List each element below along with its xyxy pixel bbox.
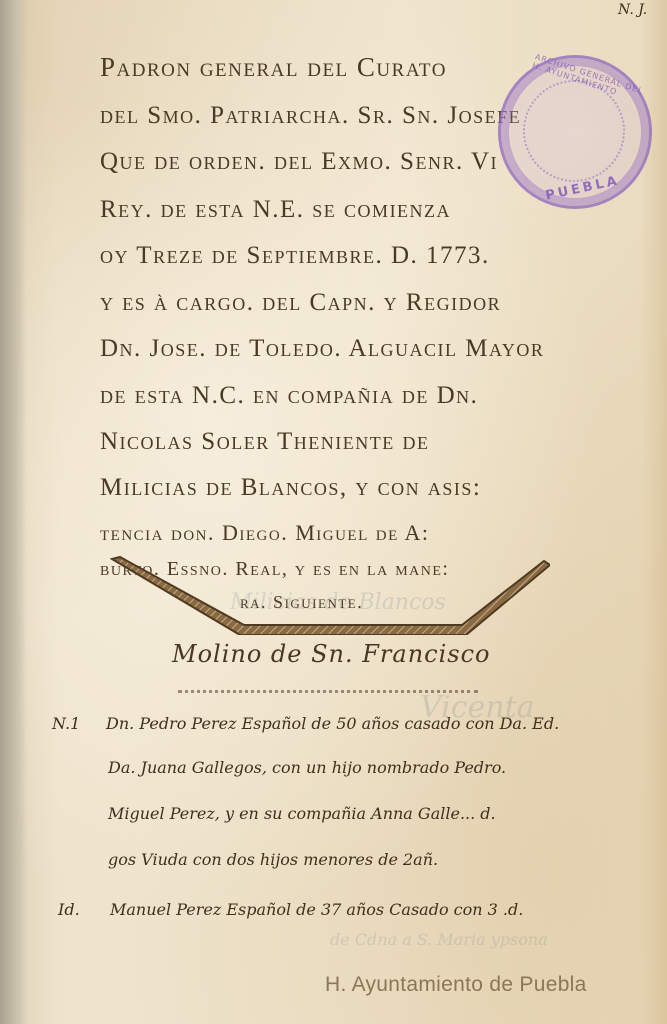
entry-line: Manuel Perez Español de 37 años Casado c…: [110, 900, 523, 919]
decorative-divider-ornament: [110, 555, 550, 635]
title-line: Que de orden. del Exmo. Senr. Vi: [100, 148, 498, 176]
title-line: Milicias de Blancos, y con asis:: [100, 474, 481, 502]
bleed-through-text: de Cdna a S. Maria ypsona: [330, 930, 548, 949]
title-line: y es à cargo. del Capn. y Regidor: [100, 289, 501, 317]
title-line: tencia don. Diego. Miguel de A:: [100, 520, 430, 546]
title-line: Rey. de esta N.E. se comienza: [100, 196, 451, 224]
title-line: oy Treze de Septiembre. D. 1773.: [100, 242, 490, 270]
entry-line: Da. Juana Gallegos, con un hijo nombrado…: [108, 758, 506, 777]
book-gutter: [0, 0, 26, 1024]
title-line: del Smo. Patriarcha. Sr. Sn. Josefe: [100, 102, 521, 130]
archive-watermark: H. Ayuntamiento de Puebla: [325, 973, 587, 997]
entry-line: Dn. Pedro Perez Español de 50 años casad…: [106, 714, 559, 733]
entry-number: N.1: [52, 714, 80, 733]
title-line: Padron general del Curato: [100, 52, 447, 83]
manuscript-page: Milicias de Blancos Vicenta de Cdna a S.…: [0, 0, 667, 1024]
heading-flourish: [178, 676, 478, 693]
entry-line: Miguel Perez, y en su compañia Anna Gall…: [108, 804, 496, 823]
entry-line: gos Viuda con dos hijos menores de 2añ.: [108, 850, 438, 869]
folio-number: N. J.: [618, 2, 647, 18]
stamp-inner-ring: [523, 80, 625, 182]
entry-number: Id.: [58, 900, 80, 919]
title-line: Nicolas Soler Theniente de: [100, 428, 430, 456]
section-heading: Molino de Sn. Francisco: [172, 640, 490, 668]
title-line: Dn. Jose. de Toledo. Alguacil Mayor: [100, 335, 544, 363]
archive-seal-stamp: ARCHIVO GENERAL DEL H. AYUNTAMIENTO PUEB…: [498, 55, 652, 209]
title-line: de esta N.C. en compañia de Dn.: [100, 382, 478, 410]
